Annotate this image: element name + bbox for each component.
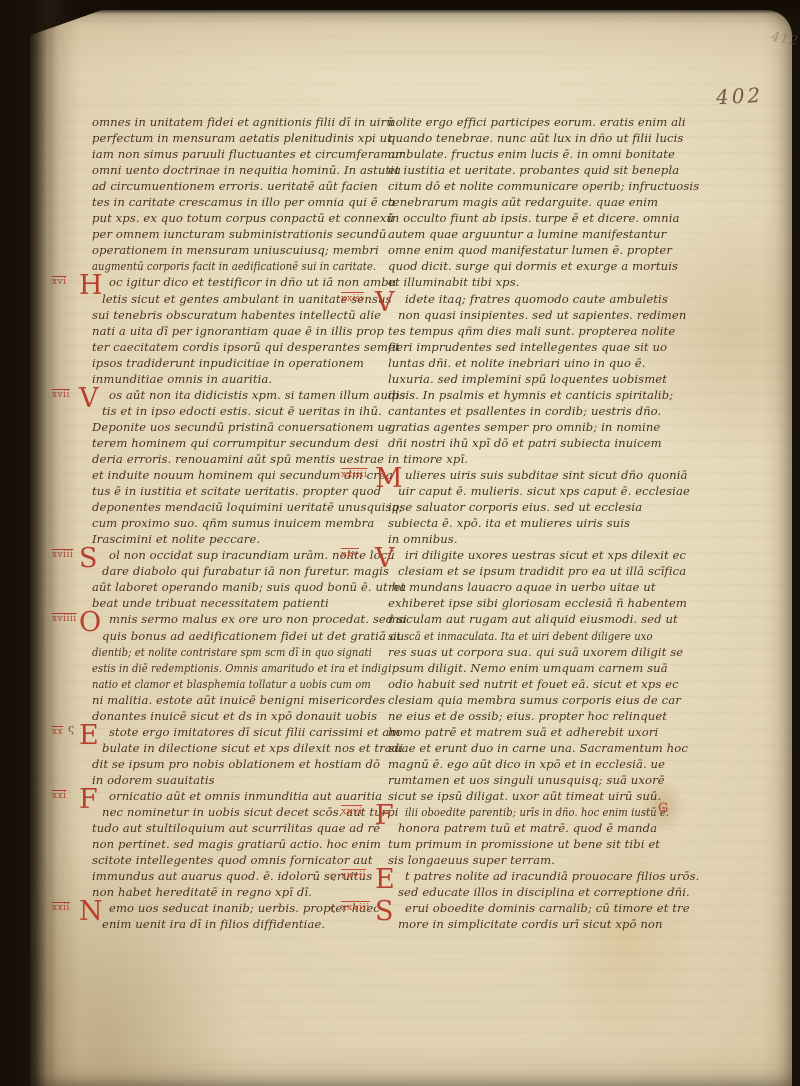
manuscript-line: letis sicut et gentes ambulant in uanita… xyxy=(92,291,364,307)
manuscript-line: xviHoc igitur dico et testificor in dño … xyxy=(92,274,364,290)
line-text: ornicatio aūt et omnis inmunditia aut au… xyxy=(109,788,382,804)
line-text: deria erroris. renouamini aūt spū mentis… xyxy=(92,451,384,467)
line-text: more in simplicitate cordis urī sicut xp… xyxy=(398,916,663,932)
manuscript-line: perfectum in mensuram aetatis plenitudin… xyxy=(92,130,364,146)
line-text: t patres nolite ad iracundiā prouocare f… xyxy=(405,868,699,884)
gutter-chapter-numeral: xviiii xyxy=(52,613,77,625)
line-text: sui tenebris obscuratum habentes intelle… xyxy=(92,307,381,323)
chapter-numeral: xxviii xyxy=(341,902,370,914)
manuscript-line: tis et in ipso edocti estis. sicut ē uer… xyxy=(92,403,364,419)
line-text: inmunditiae omnis in auaritia. xyxy=(92,371,272,387)
manuscript-line: sicut se ipsū diligat. uxor aūt timeat u… xyxy=(388,788,688,804)
manuscript-line: clesiam quia membra sumus corporis eius … xyxy=(388,692,688,708)
manuscript-line: autem quae arguuntur a lumine manifestan… xyxy=(388,226,688,242)
manuscript-line: cantantes et psallentes in cordib; uestr… xyxy=(388,403,688,419)
manuscript-line: suae et erunt duo in carne una. Sacramen… xyxy=(388,740,688,756)
manuscript-line: tenebrarum magis aūt redarguite. quae en… xyxy=(388,194,688,210)
section-mark: ς xyxy=(68,721,74,737)
manuscript-line: ςxxviiEt patres nolite ad iracundiā prou… xyxy=(388,868,688,884)
manuscript-line: omne enim quod manifestatur lumen ē. pro… xyxy=(388,242,688,258)
gutter-chapter-numeral: xxii xyxy=(52,902,70,914)
line-text: sis longaeuus super terram. xyxy=(388,852,555,868)
manuscript-line: non pertinet. sed magis gratiarū actio. … xyxy=(92,836,364,852)
manuscript-line: ter caecitatem cordis ipsorū qui despera… xyxy=(92,339,364,355)
manuscript-line: subiecta ē. xpō. ita et mulieres uiris s… xyxy=(388,515,688,531)
line-text: omni uento doctrinae in nequitia hominū.… xyxy=(92,162,401,178)
line-text: quis bonus ad aedificationem fidei ut de… xyxy=(102,628,404,644)
manuscript-line: res suas ut corpora sua. qui suā uxorem … xyxy=(388,644,688,660)
line-text: cantantes et psallentes in cordib; uestr… xyxy=(388,403,661,419)
line-text: aūt laboret operando manib; suis quod bo… xyxy=(92,579,406,595)
line-text: os aūt non ita didicistis xpm. si tamen … xyxy=(109,387,405,403)
line-text: estis in diē redemptionis. Omnis amaritu… xyxy=(92,660,388,676)
line-text: subiecta ē. xpō. ita et mulieres uiris s… xyxy=(388,515,630,531)
rubric-initial: N xyxy=(79,898,103,925)
line-text: ipsis. In psalmis et hymnis et canticis … xyxy=(388,387,673,403)
line-text: oc igitur dico et testificor in dño ut i… xyxy=(109,274,396,290)
manuscript-line: per omnem iuncturam subministrationis se… xyxy=(92,226,364,242)
line-text: uir caput ē. mulieris. sicut xps caput ē… xyxy=(398,483,690,499)
manuscript-line: scitote intellegentes quod omnis fornica… xyxy=(92,852,364,868)
line-text: dare diabolo qui furabatur iā non furetu… xyxy=(102,563,389,579)
manuscript-line: uir caput ē. mulieris. sicut xps caput ē… xyxy=(388,483,688,499)
line-text: magnū ē. ego aūt dico in xpō et in eccle… xyxy=(388,756,665,772)
line-text: ilii oboedite parentib; urīs in dño. hoc… xyxy=(405,804,669,820)
line-text: Deponite uos secundū pristinā conuersati… xyxy=(92,419,392,435)
manuscript-line: iam non simus paruuli fluctuantes et cir… xyxy=(92,146,364,162)
line-text: sed educate illos in disciplina et corre… xyxy=(398,884,690,900)
line-text: in omnibus. xyxy=(388,531,458,547)
gutter-chapter-numeral: xvii xyxy=(52,389,70,401)
line-text: dit se ipsum pro nobis oblationem et hos… xyxy=(92,756,380,772)
manuscript-line: et illuminabit tibi xps. xyxy=(388,274,688,290)
line-text: augmentū corporis facit in aedificationē… xyxy=(92,258,376,274)
manuscript-line: aūt laboret operando manib; suis quod bo… xyxy=(92,579,364,595)
line-text: dientib; et nolite contristare spm scm d… xyxy=(92,644,372,660)
manuscript-line: et induite nouum hominem qui secundum dm… xyxy=(92,467,364,483)
line-text: homo patrē et matrem suā et adherebit ux… xyxy=(388,724,658,740)
line-text: ipsum diligit. Nemo enim umquam carnem s… xyxy=(388,660,668,676)
manuscript-line: quando tenebrae. nunc aūt lux in dño ut … xyxy=(388,130,688,146)
manuscript-line: nolite ergo effici participes eorum. era… xyxy=(388,114,688,130)
line-text: in odorem suauitatis xyxy=(92,772,215,788)
line-text: scitote intellegentes quod omnis fornica… xyxy=(92,852,373,868)
manuscript-line: donantes inuicē sicut et ds in xpō donau… xyxy=(92,708,364,724)
manuscript-line: xviiVos aūt non ita didicistis xpm. si t… xyxy=(92,387,364,403)
line-text: odio habuit sed nutrit et fouet eā. sicu… xyxy=(388,676,679,692)
manuscript-line: omnes in unitatem fidei et agnitionis fi… xyxy=(92,114,364,130)
manuscript-line: bulate in dilectione sicut et xps dilexi… xyxy=(92,740,364,756)
manuscript-line: dare diabolo qui furabatur iā non furetu… xyxy=(92,563,364,579)
manuscript-line: citum dō et nolite communicare operib; i… xyxy=(388,178,688,194)
paragraph-mark: ς xyxy=(330,869,336,885)
line-text: deponentes mendaciū loquimini ueritatē u… xyxy=(92,499,403,515)
manuscript-line: non quasi insipientes. sed ut sapientes.… xyxy=(388,307,688,323)
line-text: et illuminabit tibi xps. xyxy=(388,274,520,290)
manuscript-line: natio et clamor et blasphemia tollatur a… xyxy=(92,676,364,692)
manuscript-line: ipse saluator corporis eius. sed ut eccl… xyxy=(388,499,688,515)
manuscript-line: maculam aut rugam aut aliquid eiusmodi. … xyxy=(388,611,688,627)
manuscript-line: sis longaeuus super terram. xyxy=(388,852,688,868)
chapter-numeral: xxiiii xyxy=(341,469,367,481)
manuscript-line: ni malitia. estote aūt inuicē benigni mi… xyxy=(92,692,364,708)
line-text: operationem in mensuram uniuscuiusq; mem… xyxy=(92,242,379,258)
line-text: non quasi insipientes. sed ut sapientes.… xyxy=(398,307,686,323)
line-text: emo uos seducat inanib; uerbis. propter … xyxy=(109,900,380,916)
faint-folio-number: 412 xyxy=(770,30,800,50)
rubric-initial: O xyxy=(79,609,101,636)
manuscript-line: omni uento doctrinae in nequitia hominū.… xyxy=(92,162,364,178)
manuscript-line: odio habuit sed nutrit et fouet eā. sicu… xyxy=(388,676,688,692)
manuscript-line: honora patrem tuū et matrē. quod ē manda xyxy=(388,820,688,836)
line-text: tis et in ipso edocti estis. sicut ē uer… xyxy=(102,403,382,419)
manuscript-line: nec nominetur in uobis sicut decet scōs.… xyxy=(92,804,364,820)
manuscript-line: augmentū corporis facit in aedificationē… xyxy=(92,258,364,274)
manuscript-line: ipsis. In psalmis et hymnis et canticis … xyxy=(388,387,688,403)
rubric-initial: M xyxy=(375,465,403,492)
line-text: sit scā et inmaculata. Ita et uiri deben… xyxy=(388,628,653,644)
line-text: enim uenit ira dī in filios diffidentiae… xyxy=(102,916,325,932)
rubric-initial: E xyxy=(375,866,395,893)
manuscript-line: xviiiiOmnis sermo malus ex ore uro non p… xyxy=(92,611,364,627)
line-text: luntas dñi. et nolite inebriari uino in … xyxy=(388,355,646,371)
rubric-initial: E xyxy=(79,722,99,749)
chapter-numeral: xxiii xyxy=(341,293,364,305)
manuscript-line: in odorem suauitatis xyxy=(92,772,364,788)
chapter-numeral: xxvi xyxy=(341,806,363,818)
line-text: tum primum in promissione ut bene sit ti… xyxy=(388,836,660,852)
manuscript-line: in occulto fiunt ab ipsis. turpe ē et di… xyxy=(388,210,688,226)
manuscript-line: inmunditiae omnis in auaritia. xyxy=(92,371,364,387)
line-text: sicut se ipsū diligat. uxor aūt timeat u… xyxy=(388,788,661,804)
manuscript-line: cum proximo suo. qñm sumus inuicem membr… xyxy=(92,515,364,531)
manuscript-line: luntas dñi. et nolite inebriari uino in … xyxy=(388,355,688,371)
line-text: dñi nostri ihū xpī dō et patri subiecta … xyxy=(388,435,662,451)
manuscript-line: quod dicit. surge qui dormis et exurge a… xyxy=(388,258,688,274)
line-text: et iustitia et ueritate. probantes quid … xyxy=(388,162,679,178)
manuscript-line: tus ē in iustitia et scitate ueritatis. … xyxy=(92,483,364,499)
line-text: autem quae arguuntur a lumine manifestan… xyxy=(388,226,666,242)
manuscript-line: homo patrē et matrem suā et adherebit ux… xyxy=(388,724,688,740)
line-text: bulate in dilectione sicut et xps dilexi… xyxy=(102,740,403,756)
manuscript-line: deria erroris. renouamini aūt spū mentis… xyxy=(92,451,364,467)
rubric-initial: F xyxy=(375,802,394,829)
manuscript-line: quis bonus ad aedificationem fidei ut de… xyxy=(92,628,364,644)
line-text: terem hominem qui corrumpitur secundum d… xyxy=(92,435,379,451)
manuscript-line: tum primum in promissione ut bene sit ti… xyxy=(388,836,688,852)
manuscript-line: immundus aut auarus quod. ē. idolorū ser… xyxy=(92,868,364,884)
line-text: non pertinet. sed magis gratiarū actio. … xyxy=(92,836,381,852)
line-text: ne eius et de ossib; eius. propter hoc r… xyxy=(388,708,667,724)
gutter-chapter-numeral: xxi xyxy=(52,790,67,802)
gutter-chapter-numeral: xx xyxy=(52,726,63,738)
manuscript-line: ambulate. fructus enim lucis ē. in omni … xyxy=(388,146,688,162)
manuscript-line: non habet hereditatē in regno xpī dī. xyxy=(92,884,364,900)
line-text: put xps. ex quo totum corpus conpactū et… xyxy=(92,210,394,226)
manuscript-line: more in simplicitate cordis urī sicut xp… xyxy=(388,916,688,932)
manuscript-line: deponentes mendaciū loquimini ueritatē u… xyxy=(92,499,364,515)
manuscript-line: xxvViri diligite uxores uestras sicut et… xyxy=(388,547,688,563)
manuscript-line: xviiiSol non occidat sup iracundiam urām… xyxy=(92,547,364,563)
line-text: tudo aut stultiloquium aut scurrilitas q… xyxy=(92,820,380,836)
line-text: omnes in unitatem fidei et agnitionis fi… xyxy=(92,114,394,130)
manuscript-line: enim uenit ira dī in filios diffidentiae… xyxy=(92,916,364,932)
manuscript-line: rumtamen et uos singuli unusquisq; suā u… xyxy=(388,772,688,788)
manuscript-line: beat unde tribuat necessitatem patienti xyxy=(92,595,364,611)
manuscript-line: nati a uita dī per ignorantiam quae ē in… xyxy=(92,323,364,339)
manuscript-line: put xps. ex quo totum corpus conpactū et… xyxy=(92,210,364,226)
manuscript-line: sui tenebris obscuratum habentes intelle… xyxy=(92,307,364,323)
manuscript-line: ret mundans lauacro aquae in uerbo uitae… xyxy=(388,579,688,595)
manuscript-line: ne eius et de ossib; eius. propter hoc r… xyxy=(388,708,688,724)
manuscript-line: xxiiNemo uos seducat inanib; uerbis. pro… xyxy=(92,900,364,916)
rubric-initial: S xyxy=(79,545,98,572)
rubric-initial: H xyxy=(79,272,103,299)
manuscript-line: Irascimini et nolite peccare. xyxy=(92,531,364,547)
manuscript-line: luxuria. sed implemini spū loquentes uob… xyxy=(388,371,688,387)
line-text: clesiam quia membra sumus corporis eius … xyxy=(388,692,681,708)
line-text: stote ergo imitatores dī sicut filii car… xyxy=(109,724,401,740)
line-text: donantes inuicē sicut et ds in xpō donau… xyxy=(92,708,377,724)
manuscript-line: dientib; et nolite contristare spm scm d… xyxy=(92,644,364,660)
line-text: exhiberet ipse sibi gloriosam ecclesiā ñ… xyxy=(388,595,687,611)
line-text: erui oboedite dominis carnalib; cū timor… xyxy=(405,900,690,916)
line-text: ad circumuentionem erroris. ueritatē aūt… xyxy=(92,178,378,194)
line-text: ipsos tradiderunt inpudicitiae in operat… xyxy=(92,355,364,371)
manuscript-line: xxiFornicatio aūt et omnis inmunditia au… xyxy=(92,788,364,804)
line-text: citum dō et nolite communicare operib; i… xyxy=(388,178,699,194)
line-text: idete itaq; fratres quomodo caute ambule… xyxy=(405,291,668,307)
line-text: tus ē in iustitia et scitate ueritatis. … xyxy=(92,483,381,499)
manuscript-line: dit se ipsum pro nobis oblationem et hos… xyxy=(92,756,364,772)
manuscript-line: ad circumuentionem erroris. ueritatē aūt… xyxy=(92,178,364,194)
line-text: mnis sermo malus ex ore uro non procedat… xyxy=(109,611,407,627)
rubric-initial: S xyxy=(375,898,394,925)
line-text: fieri imprudentes sed intellegentes quae… xyxy=(388,339,667,355)
manuscript-line: gratias agentes semper pro omnib; in nom… xyxy=(388,419,688,435)
line-text: non habet hereditatē in regno xpī dī. xyxy=(92,884,312,900)
manuscript-line: Deponite uos secundū pristinā conuersati… xyxy=(92,419,364,435)
line-text: tes in caritate crescamus in illo per om… xyxy=(92,194,395,210)
manuscript-line: dñi nostri ihū xpī dō et patri subiecta … xyxy=(388,435,688,451)
line-text: honora patrem tuū et matrē. quod ē manda xyxy=(398,820,657,836)
manuscript-line: et iustitia et ueritate. probantes quid … xyxy=(388,162,688,178)
line-text: ulieres uiris suis subditae sint sicut d… xyxy=(405,467,688,483)
line-text: ambulate. fructus enim lucis ē. in omni … xyxy=(388,146,675,162)
line-text: ret mundans lauacro aquae in uerbo uitae… xyxy=(388,579,656,595)
line-text: rumtamen et uos singuli unusquisq; suā u… xyxy=(388,772,665,788)
line-text: tes tempus qñm dies mali sunt. propterea… xyxy=(388,323,675,339)
manuscript-line: xxviFilii oboedite parentib; urīs in dño… xyxy=(388,804,688,820)
manuscript-line: ipsos tradiderunt inpudicitiae in operat… xyxy=(92,355,364,371)
chapter-numeral: xxvii xyxy=(341,870,366,882)
manuscript-line: tudo aut stultiloquium aut scurrilitas q… xyxy=(92,820,364,836)
rubric-initial: F xyxy=(79,786,98,813)
line-text: res suas ut corpora sua. qui suā uxorem … xyxy=(388,644,683,660)
line-text: natio et clamor et blasphemia tollatur a… xyxy=(92,676,371,692)
manuscript-line: xxiiiiMulieres uiris suis subditae sint … xyxy=(388,467,688,483)
line-text: omne enim quod manifestatur lumen ē. pro… xyxy=(388,242,672,258)
line-text: ter caecitatem cordis ipsorū qui despera… xyxy=(92,339,400,355)
line-text: maculam aut rugam aut aliquid eiusmodi. … xyxy=(388,611,678,627)
manuscript-line: sed educate illos in disciplina et corre… xyxy=(388,884,688,900)
gutter-chapter-numeral: xviii xyxy=(52,549,73,561)
manuscript-line: exhiberet ipse sibi gloriosam ecclesiā ñ… xyxy=(388,595,688,611)
manuscript-line: xxiiiVidete itaq; fratres quomodo caute … xyxy=(388,291,688,307)
margin-letter-mark: G xyxy=(658,801,669,817)
line-text: cum proximo suo. qñm sumus inuicem membr… xyxy=(92,515,374,531)
rubric-initial: V xyxy=(375,545,395,572)
line-text: quod dicit. surge qui dormis et exurge a… xyxy=(388,258,678,274)
manuscript-line: in omnibus. xyxy=(388,531,688,547)
line-text: gratias agentes semper pro omnib; in nom… xyxy=(388,419,660,435)
line-text: suae et erunt duo in carne una. Sacramen… xyxy=(388,740,688,756)
manuscript-line: ςxxviiiSerui oboedite dominis carnalib; … xyxy=(388,900,688,916)
line-text: perfectum in mensuram aetatis plenitudin… xyxy=(92,130,392,146)
rubric-initial: V xyxy=(79,385,99,412)
line-text: iri diligite uxores uestras sicut et xps… xyxy=(405,547,686,563)
manuscript-line: clesiam et se ipsum tradidit pro ea ut i… xyxy=(388,563,688,579)
manuscript-line: in timore xpī. xyxy=(388,451,688,467)
manuscript-line: magnū ē. ego aūt dico in xpō et in eccle… xyxy=(388,756,688,772)
manuscript-line: tes in caritate crescamus in illo per om… xyxy=(92,194,364,210)
text-column-left: omnes in unitatem fidei et agnitionis fi… xyxy=(92,114,364,932)
line-text: in occulto fiunt ab ipsis. turpe ē et di… xyxy=(388,210,680,226)
line-text: iam non simus paruuli fluctuantes et cir… xyxy=(92,146,405,162)
line-text: beat unde tribuat necessitatem patienti xyxy=(92,595,329,611)
manuscript-line: terem hominem qui corrumpitur secundum d… xyxy=(92,435,364,451)
manuscript-line: tes tempus qñm dies mali sunt. propterea… xyxy=(388,323,688,339)
chapter-numeral: xxv xyxy=(341,549,359,561)
manuscript-line: operationem in mensuram uniuscuiusq; mem… xyxy=(92,242,364,258)
folio-number: 402 xyxy=(715,83,763,109)
manuscript-line: fieri imprudentes sed intellegentes quae… xyxy=(388,339,688,355)
line-text: luxuria. sed implemini spū loquentes uob… xyxy=(388,371,667,387)
rubric-initial: V xyxy=(375,289,395,316)
line-text: clesiam et se ipsum tradidit pro ea ut i… xyxy=(398,563,686,579)
line-text: per omnem iuncturam subministrationis se… xyxy=(92,226,386,242)
manuscript-page: 412 402 omnes in unitatem fidei et agnit… xyxy=(30,10,792,1086)
manuscript-line: xxςEstote ergo imitatores dī sicut filii… xyxy=(92,724,364,740)
line-text: nati a uita dī per ignorantiam quae ē in… xyxy=(92,323,384,339)
gutter-chapter-numeral: xvi xyxy=(52,276,67,288)
manuscript-line: sit scā et inmaculata. Ita et uiri deben… xyxy=(388,628,688,644)
line-text: ipse saluator corporis eius. sed ut eccl… xyxy=(388,499,642,515)
line-text: Irascimini et nolite peccare. xyxy=(92,531,260,547)
line-text: quando tenebrae. nunc aūt lux in dño ut … xyxy=(388,130,683,146)
text-column-right: nolite ergo effici participes eorum. era… xyxy=(388,114,688,932)
line-text: nolite ergo effici participes eorum. era… xyxy=(388,114,686,130)
line-text: tenebrarum magis aūt redarguite. quae en… xyxy=(388,194,658,210)
manuscript-line: estis in diē redemptionis. Omnis amaritu… xyxy=(92,660,364,676)
paragraph-mark: ς xyxy=(330,901,336,917)
manuscript-line: ipsum diligit. Nemo enim umquam carnem s… xyxy=(388,660,688,676)
line-text: ni malitia. estote aūt inuicē benigni mi… xyxy=(92,692,385,708)
